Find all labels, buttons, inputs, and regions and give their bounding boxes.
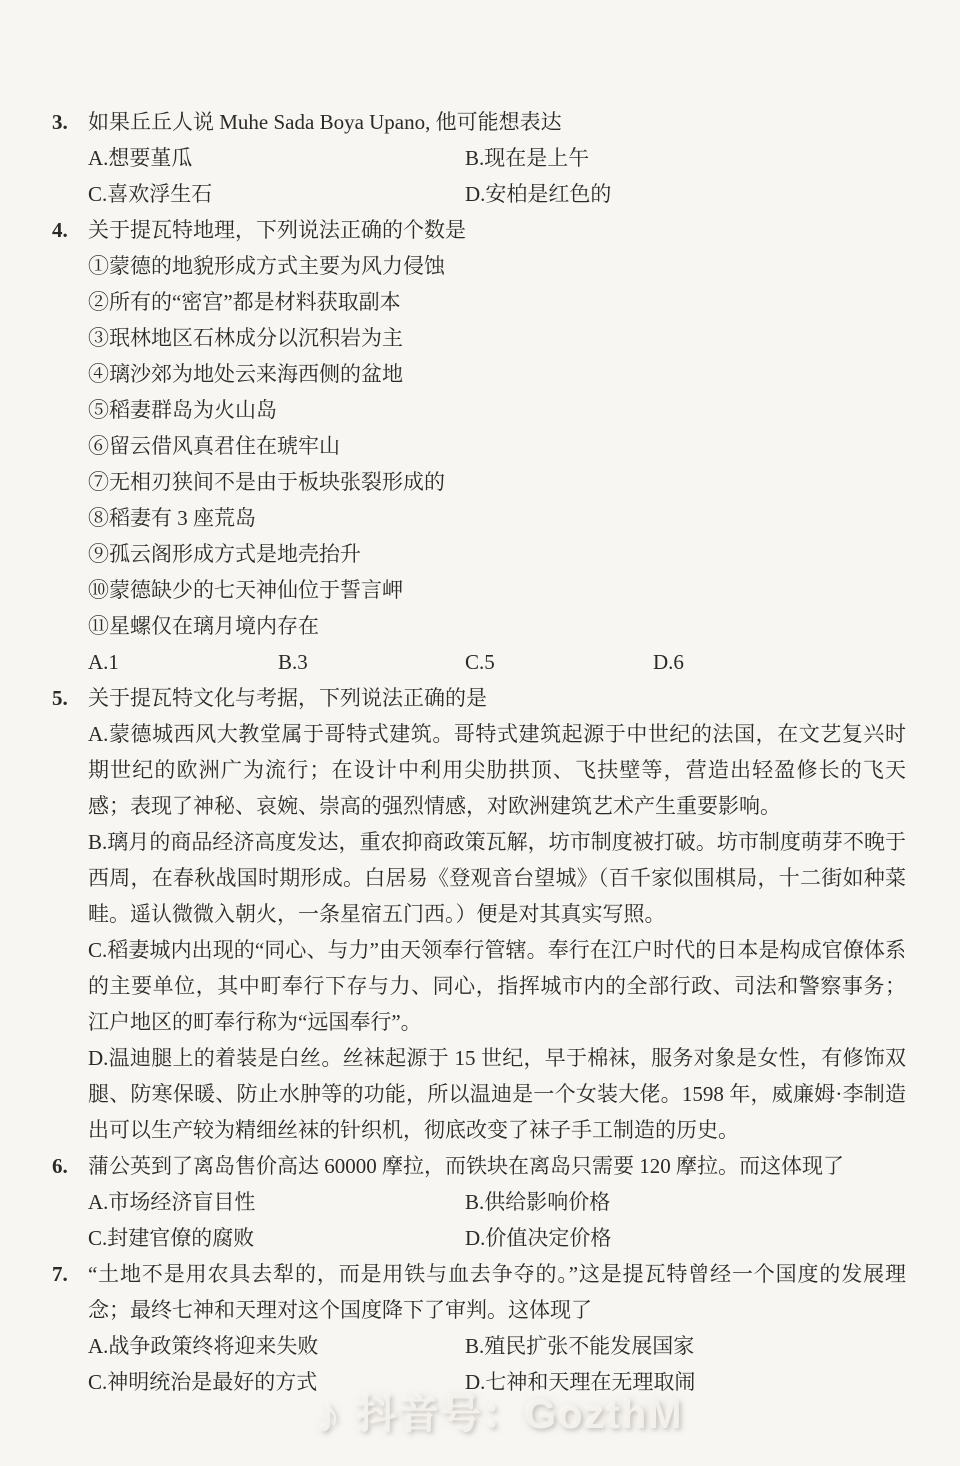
question-3-option-a: A.想要堇瓜 <box>88 140 465 176</box>
question-7-option-a: A.战争政策终将迎来失败 <box>88 1328 465 1364</box>
question-5-body: 关于提瓦特文化与考据，下列说法正确的是 A.蒙德城西风大教堂属于哥特式建筑。哥特… <box>88 680 906 1148</box>
question-4-statement-4: ④璃沙郊为地处云来海西侧的盆地 <box>88 356 906 392</box>
question-3-option-d: D.安柏是红色的 <box>465 176 906 212</box>
question-3-options: A.想要堇瓜 B.现在是上午 C.喜欢浮生石 D.安柏是红色的 <box>88 140 906 212</box>
question-4-stem: 关于提瓦特地理，下列说法正确的个数是 <box>88 212 906 248</box>
question-6-stem: 蒲公英到了离岛售价高达 60000 摩拉，而铁块在离岛只需要 120 摩拉。而这… <box>88 1148 906 1184</box>
question-4-answer-c: C.5 <box>465 644 653 680</box>
exam-page: 3. 如果丘丘人说 Muhe Sada Boya Upano, 他可能想表达 A… <box>0 0 960 1466</box>
question-4-statement-7: ⑦无相刃狭间不是由于板块张裂形成的 <box>88 464 906 500</box>
question-4-answer-b: B.3 <box>278 644 465 680</box>
question-5: 5. 关于提瓦特文化与考据，下列说法正确的是 A.蒙德城西风大教堂属于哥特式建筑… <box>52 680 906 1148</box>
question-3-option-c: C.喜欢浮生石 <box>88 176 465 212</box>
question-4-statement-9: ⑨孤云阁形成方式是地壳抬升 <box>88 536 906 572</box>
watermark-text: 抖音号：GozthM <box>357 1392 684 1438</box>
question-4-number: 4. <box>52 212 88 248</box>
question-4-statement-2: ②所有的“密宫”都是材料获取副本 <box>88 284 906 320</box>
question-6-body: 蒲公英到了离岛售价高达 60000 摩拉，而铁块在离岛只需要 120 摩拉。而这… <box>88 1148 906 1256</box>
question-4-statement-10: ⑩蒙德缺少的七天神仙位于誓言岬 <box>88 572 906 608</box>
question-4-statement-5: ⑤稻妻群岛为火山岛 <box>88 392 906 428</box>
question-6-option-a: A.市场经济盲目性 <box>88 1184 465 1220</box>
question-5-number: 5. <box>52 680 88 716</box>
question-4-answer-d: D.6 <box>653 644 906 680</box>
question-7-body: “土地不是用农具去犁的，而是用铁与血去争夺的。”这是提瓦特曾经一个国度的发展理念… <box>88 1256 906 1400</box>
question-4-statement-11: ⑪星螺仅在璃月境内存在 <box>88 608 906 644</box>
question-5-option-a: A.蒙德城西风大教堂属于哥特式建筑。哥特式建筑起源于中世纪的法国，在文艺复兴时期… <box>88 716 906 824</box>
question-4: 4. 关于提瓦特地理，下列说法正确的个数是 ①蒙德的地貌形成方式主要为风力侵蚀 … <box>52 212 906 680</box>
question-3-stem: 如果丘丘人说 Muhe Sada Boya Upano, 他可能想表达 <box>88 104 906 140</box>
question-4-statement-3: ③珉林地区石林成分以沉积岩为主 <box>88 320 906 356</box>
question-5-option-b: B.璃月的商品经济高度发达，重农抑商政策瓦解，坊市制度被打破。坊市制度萌芽不晚于… <box>88 824 906 932</box>
question-3-body: 如果丘丘人说 Muhe Sada Boya Upano, 他可能想表达 A.想要… <box>88 104 906 212</box>
question-4-statement-8: ⑧稻妻有 3 座荒岛 <box>88 500 906 536</box>
question-6-option-c: C.封建官僚的腐败 <box>88 1220 465 1256</box>
question-5-option-c: C.稻妻城内出现的“同心、与力”由天领奉行管辖。奉行在江户时代的日本是构成官僚体… <box>88 932 906 1040</box>
question-4-statement-6: ⑥留云借风真君住在琥牢山 <box>88 428 906 464</box>
question-4-body: 关于提瓦特地理，下列说法正确的个数是 ①蒙德的地貌形成方式主要为风力侵蚀 ②所有… <box>88 212 906 680</box>
question-4-answer-a: A.1 <box>88 644 278 680</box>
music-note-icon: ♪ <box>316 1390 341 1440</box>
question-7: 7. “土地不是用农具去犁的，而是用铁与血去争夺的。”这是提瓦特曾经一个国度的发… <box>52 1256 906 1400</box>
question-6-number: 6. <box>52 1148 88 1184</box>
question-3-number: 3. <box>52 104 88 140</box>
douyin-watermark: ♪ 抖音号：GozthM <box>316 1390 684 1440</box>
question-5-option-d: D.温迪腿上的着装是白丝。丝袜起源于 15 世纪，早于棉袜，服务对象是女性，有修… <box>88 1040 906 1148</box>
question-4-answer-row: A.1 B.3 C.5 D.6 <box>88 644 906 680</box>
question-3-option-b: B.现在是上午 <box>465 140 906 176</box>
question-6-option-d: D.价值决定价格 <box>465 1220 906 1256</box>
question-7-number: 7. <box>52 1256 88 1292</box>
question-6-option-b: B.供给影响价格 <box>465 1184 906 1220</box>
question-4-statement-1: ①蒙德的地貌形成方式主要为风力侵蚀 <box>88 248 906 284</box>
question-6-options: A.市场经济盲目性 B.供给影响价格 C.封建官僚的腐败 D.价值决定价格 <box>88 1184 906 1256</box>
question-6: 6. 蒲公英到了离岛售价高达 60000 摩拉，而铁块在离岛只需要 120 摩拉… <box>52 1148 906 1256</box>
question-7-stem: “土地不是用农具去犁的，而是用铁与血去争夺的。”这是提瓦特曾经一个国度的发展理念… <box>88 1256 906 1328</box>
question-7-option-b: B.殖民扩张不能发展国家 <box>465 1328 906 1364</box>
question-3: 3. 如果丘丘人说 Muhe Sada Boya Upano, 他可能想表达 A… <box>52 104 906 212</box>
question-5-stem: 关于提瓦特文化与考据，下列说法正确的是 <box>88 680 906 716</box>
